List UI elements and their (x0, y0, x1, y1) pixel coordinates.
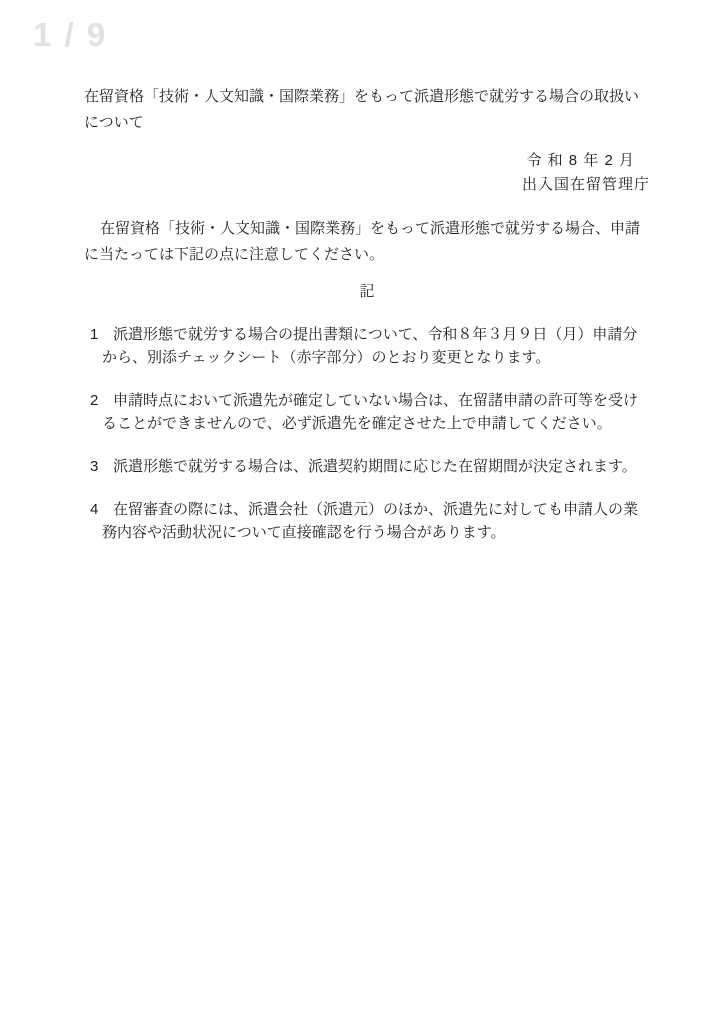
document-date: 令 和 8 年 2 月 (84, 149, 650, 173)
intro-line-2: に当たっては下記の点に注意してください。 (84, 242, 650, 268)
date-block: 令 和 8 年 2 月 出入国在留管理庁 (84, 149, 650, 197)
section-marker-ki: 記 (84, 281, 650, 303)
document-page: 1 / 9 在留資格「技術・人文知識・国際業務」をもって派遣形態で就労する場合の… (0, 0, 719, 1024)
title-line-1: 在留資格「技術・人文知識・国際業務」をもって派遣形態で就労する場合の取扱い (84, 84, 650, 110)
item-number: 2 (90, 389, 98, 412)
item-text-line: から、別添チェックシート（赤字部分）のとおり変更となります。 (102, 346, 650, 369)
issuing-agency: 出入国在留管理庁 (84, 173, 650, 197)
item-text-line: 派遣形態で就労する場合は、派遣契約期間に応じた在留期間が決定されます。 (113, 455, 650, 478)
item-number: 3 (90, 455, 98, 478)
list-item: 4 在留審査の際には、派遣会社（派遣元）のほか、派遣先に対しても申請人の業 務内… (84, 498, 650, 544)
document-content: 在留資格「技術・人文知識・国際業務」をもって派遣形態で就労する場合の取扱い につ… (84, 0, 650, 544)
intro-paragraph: 在留資格「技術・人文知識・国際業務」をもって派遣形態で就労する場合、申請 に当た… (84, 216, 650, 268)
item-text-line: 申請時点において派遣先が確定していない場合は、在留諸申請の許可等を受け (113, 389, 650, 412)
item-number: 1 (90, 323, 98, 346)
item-text-line: 務内容や活動状況について直接確認を行う場合があります。 (102, 521, 650, 544)
document-title: 在留資格「技術・人文知識・国際業務」をもって派遣形態で就労する場合の取扱い につ… (84, 84, 650, 136)
item-text-line: 在留審査の際には、派遣会社（派遣元）のほか、派遣先に対しても申請人の業 (113, 498, 650, 521)
title-line-2: について (84, 110, 650, 136)
item-number: 4 (90, 498, 98, 521)
list-item: 1 派遣形態で就労する場合の提出書類について、令和８年３月９日（月）申請分 から… (84, 323, 650, 369)
list-item: 3 派遣形態で就労する場合は、派遣契約期間に応じた在留期間が決定されます。 (84, 455, 650, 478)
list-item: 2 申請時点において派遣先が確定していない場合は、在留諸申請の許可等を受け るこ… (84, 389, 650, 435)
notice-item-list: 1 派遣形態で就労する場合の提出書類について、令和８年３月９日（月）申請分 から… (84, 323, 650, 544)
item-text-line: 派遣形態で就労する場合の提出書類について、令和８年３月９日（月）申請分 (113, 323, 650, 346)
item-text-line: ることができませんので、必ず派遣先を確定させた上で申請してください。 (102, 412, 650, 435)
intro-line-1: 在留資格「技術・人文知識・国際業務」をもって派遣形態で就労する場合、申請 (84, 216, 650, 242)
